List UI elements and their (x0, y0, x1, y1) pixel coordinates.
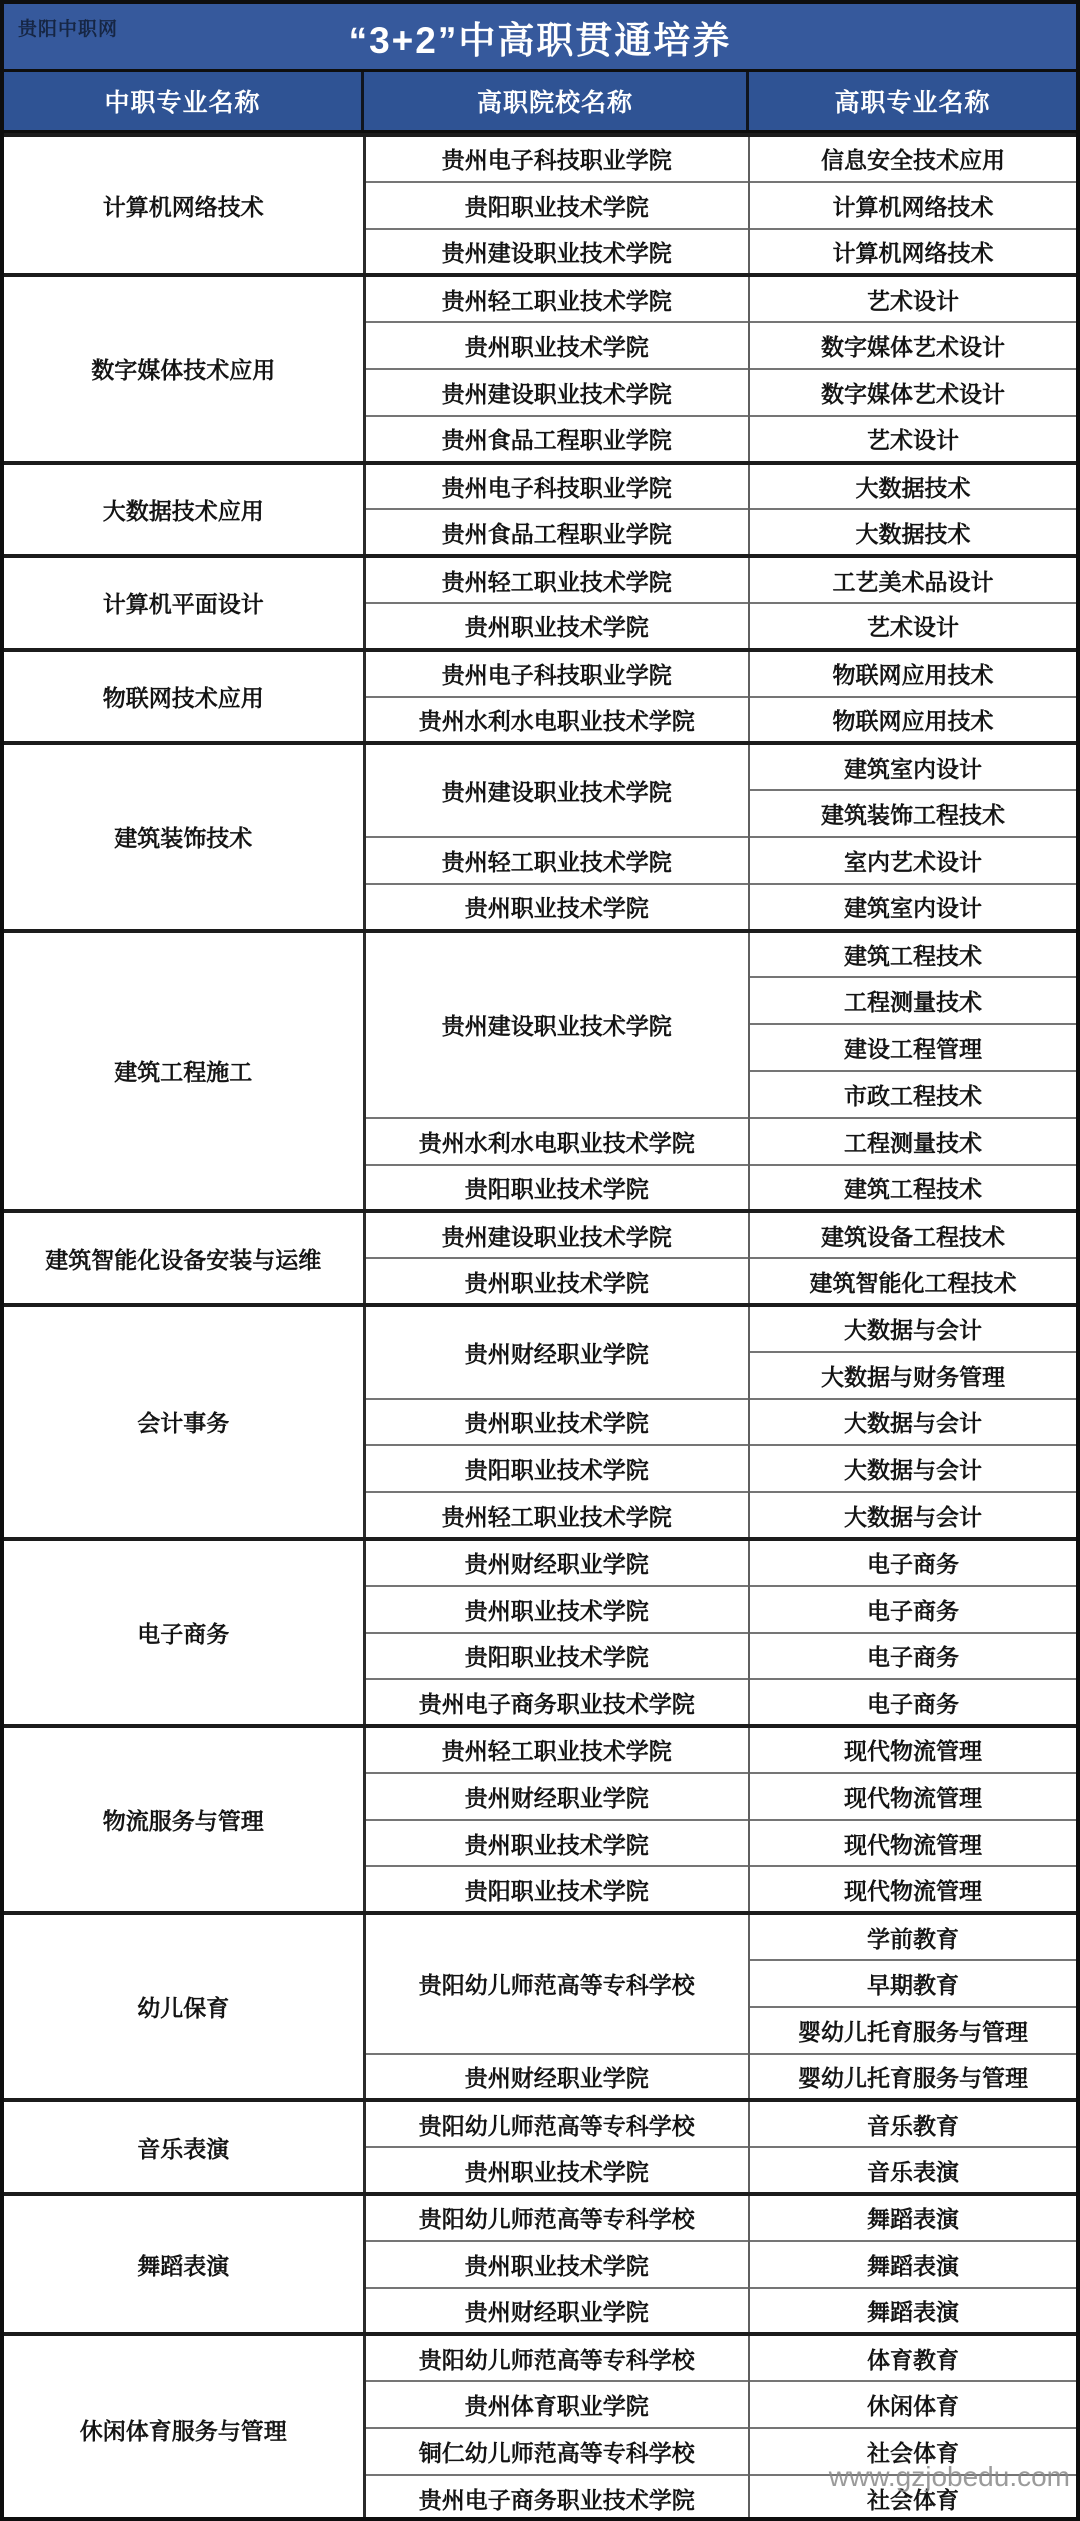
high-major-cell: 艺术设计 (749, 275, 1076, 322)
high-major-cell: 建筑室内设计 (749, 743, 1076, 790)
high-major-cell: 婴幼儿托育服务与管理 (749, 2054, 1076, 2101)
high-major-cell: 建筑室内设计 (749, 884, 1076, 931)
high-major-cell: 建筑工程技术 (749, 1165, 1076, 1212)
column-header-college: 高职院校名称 (364, 72, 749, 130)
high-major-cell: 音乐表演 (749, 2147, 1076, 2194)
table-row: 休闲体育服务与管理贵阳幼儿师范高等专科学校体育教育 (4, 2334, 1076, 2381)
college-cell: 贵州建设职业技术学院 (364, 931, 749, 1118)
high-major-cell: 建筑装饰工程技术 (749, 790, 1076, 837)
college-cell: 贵州轻工职业技术学院 (364, 556, 749, 603)
high-major-cell: 大数据技术 (749, 509, 1076, 556)
college-cell: 贵州轻工职业技术学院 (364, 1492, 749, 1539)
mid-major-cell: 舞蹈表演 (4, 2194, 364, 2334)
table-row: 物流服务与管理贵州轻工职业技术学院现代物流管理 (4, 1726, 1076, 1773)
high-major-cell: 婴幼儿托育服务与管理 (749, 2007, 1076, 2054)
high-major-cell: 现代物流管理 (749, 1820, 1076, 1867)
table-header-row: 中职专业名称 高职院校名称 高职专业名称 (4, 72, 1076, 133)
table-row: 建筑智能化设备安装与运维贵州建设职业技术学院建筑设备工程技术 (4, 1211, 1076, 1258)
college-cell: 铜仁幼儿师范高等专科学校 (364, 2428, 749, 2475)
high-major-cell: 信息安全技术应用 (749, 135, 1076, 182)
college-cell: 贵州建设职业技术学院 (364, 229, 749, 276)
high-major-cell: 数字媒体艺术设计 (749, 369, 1076, 416)
high-major-cell: 电子商务 (749, 1539, 1076, 1586)
high-major-cell: 工艺美术品设计 (749, 556, 1076, 603)
high-major-cell: 物联网应用技术 (749, 697, 1076, 744)
high-major-cell: 现代物流管理 (749, 1726, 1076, 1773)
college-cell: 贵州轻工职业技术学院 (364, 1726, 749, 1773)
college-cell: 贵州食品工程职业学院 (364, 509, 749, 556)
college-cell: 贵州职业技术学院 (364, 2241, 749, 2288)
table-row: 会计事务贵州财经职业学院大数据与会计 (4, 1305, 1076, 1352)
mid-major-cell: 音乐表演 (4, 2100, 364, 2194)
college-cell: 贵州职业技术学院 (364, 603, 749, 650)
column-header-mid-major: 中职专业名称 (4, 72, 364, 130)
mid-major-cell: 数字媒体技术应用 (4, 275, 364, 462)
college-cell: 贵州职业技术学院 (364, 1586, 749, 1633)
college-cell: 贵州职业技术学院 (364, 322, 749, 369)
table-row: 音乐表演贵阳幼儿师范高等专科学校音乐教育 (4, 2100, 1076, 2147)
high-major-cell: 大数据技术 (749, 463, 1076, 510)
table-row: 舞蹈表演贵阳幼儿师范高等专科学校舞蹈表演 (4, 2194, 1076, 2241)
college-cell: 贵州职业技术学院 (364, 884, 749, 931)
mid-major-cell: 建筑智能化设备安装与运维 (4, 1211, 364, 1305)
mid-major-cell: 物流服务与管理 (4, 1726, 364, 1913)
college-cell: 贵阳幼儿师范高等专科学校 (364, 2334, 749, 2381)
college-cell: 贵州建设职业技术学院 (364, 369, 749, 416)
high-major-cell: 市政工程技术 (749, 1071, 1076, 1118)
high-major-cell: 学前教育 (749, 1913, 1076, 1960)
college-cell: 贵阳职业技术学院 (364, 1165, 749, 1212)
table-row: 计算机网络技术贵州电子科技职业学院信息安全技术应用 (4, 135, 1076, 182)
high-major-cell: 物联网应用技术 (749, 650, 1076, 697)
high-major-cell: 大数据与会计 (749, 1492, 1076, 1539)
high-major-cell: 艺术设计 (749, 603, 1076, 650)
college-cell: 贵州财经职业学院 (364, 2288, 749, 2335)
college-cell: 贵阳职业技术学院 (364, 1445, 749, 1492)
table-row: 电子商务贵州财经职业学院电子商务 (4, 1539, 1076, 1586)
high-major-cell: 艺术设计 (749, 416, 1076, 463)
high-major-cell: 休闲体育 (749, 2381, 1076, 2428)
mid-major-cell: 幼儿保育 (4, 1913, 364, 2100)
mid-major-cell: 建筑工程施工 (4, 931, 364, 1212)
college-cell: 贵州轻工职业技术学院 (364, 275, 749, 322)
high-major-cell: 数字媒体艺术设计 (749, 322, 1076, 369)
college-cell: 贵州职业技术学院 (364, 1258, 749, 1305)
college-cell: 贵州职业技术学院 (364, 2147, 749, 2194)
high-major-cell: 舞蹈表演 (749, 2194, 1076, 2241)
college-cell: 贵阳幼儿师范高等专科学校 (364, 2100, 749, 2147)
college-cell: 贵州电子商务职业技术学院 (364, 1679, 749, 1726)
mid-major-cell: 物联网技术应用 (4, 650, 364, 744)
college-cell: 贵州职业技术学院 (364, 1399, 749, 1446)
table-row: 幼儿保育贵阳幼儿师范高等专科学校学前教育 (4, 1913, 1076, 1960)
table-row: 物联网技术应用贵州电子科技职业学院物联网应用技术 (4, 650, 1076, 697)
high-major-cell: 现代物流管理 (749, 1773, 1076, 1820)
site-watermark-bottom: www.gzjobedu.com (829, 2461, 1070, 2493)
mid-major-cell: 建筑装饰技术 (4, 743, 364, 930)
college-cell: 贵阳幼儿师范高等专科学校 (364, 2194, 749, 2241)
college-cell: 贵阳职业技术学院 (364, 182, 749, 229)
mid-major-cell: 休闲体育服务与管理 (4, 2334, 364, 2521)
high-major-cell: 计算机网络技术 (749, 229, 1076, 276)
college-cell: 贵阳职业技术学院 (364, 1633, 749, 1680)
college-cell: 贵州财经职业学院 (364, 1539, 749, 1586)
program-table: 计算机网络技术贵州电子科技职业学院信息安全技术应用贵阳职业技术学院计算机网络技术… (4, 133, 1076, 2521)
college-cell: 贵州电子科技职业学院 (364, 650, 749, 697)
high-major-cell: 建筑设备工程技术 (749, 1211, 1076, 1258)
column-header-high-major: 高职专业名称 (749, 72, 1076, 130)
college-cell: 贵州电子科技职业学院 (364, 135, 749, 182)
college-cell: 贵州财经职业学院 (364, 1773, 749, 1820)
high-major-cell: 大数据与财务管理 (749, 1352, 1076, 1399)
table-row: 建筑装饰技术贵州建设职业技术学院建筑室内设计 (4, 743, 1076, 790)
high-major-cell: 工程测量技术 (749, 1118, 1076, 1165)
program-table-sheet: 贵阳中职网 “3+2”中高职贯通培养 中职专业名称 高职院校名称 高职专业名称 … (0, 0, 1080, 2521)
high-major-cell: 舞蹈表演 (749, 2288, 1076, 2335)
high-major-cell: 建筑智能化工程技术 (749, 1258, 1076, 1305)
high-major-cell: 早期教育 (749, 1960, 1076, 2007)
program-table-body: 计算机网络技术贵州电子科技职业学院信息安全技术应用贵阳职业技术学院计算机网络技术… (4, 135, 1076, 2521)
high-major-cell: 音乐教育 (749, 2100, 1076, 2147)
college-cell: 贵州体育职业学院 (364, 2381, 749, 2428)
high-major-cell: 工程测量技术 (749, 977, 1076, 1024)
high-major-cell: 大数据与会计 (749, 1305, 1076, 1352)
college-cell: 贵州轻工职业技术学院 (364, 837, 749, 884)
mid-major-cell: 计算机网络技术 (4, 135, 364, 275)
title-band: 贵阳中职网 “3+2”中高职贯通培养 (4, 4, 1076, 72)
college-cell: 贵州财经职业学院 (364, 1305, 749, 1399)
college-cell: 贵州电子商务职业技术学院 (364, 2475, 749, 2521)
high-major-cell: 电子商务 (749, 1586, 1076, 1633)
table-row: 大数据技术应用贵州电子科技职业学院大数据技术 (4, 463, 1076, 510)
high-major-cell: 体育教育 (749, 2334, 1076, 2381)
college-cell: 贵州电子科技职业学院 (364, 463, 749, 510)
college-cell: 贵州财经职业学院 (364, 2054, 749, 2101)
college-cell: 贵州建设职业技术学院 (364, 743, 749, 837)
mid-major-cell: 电子商务 (4, 1539, 364, 1726)
college-cell: 贵州职业技术学院 (364, 1820, 749, 1867)
college-cell: 贵州水利水电职业技术学院 (364, 697, 749, 744)
high-major-cell: 电子商务 (749, 1633, 1076, 1680)
page-title: “3+2”中高职贯通培养 (349, 10, 732, 64)
high-major-cell: 电子商务 (749, 1679, 1076, 1726)
site-watermark-top: 贵阳中职网 (18, 14, 118, 41)
mid-major-cell: 大数据技术应用 (4, 463, 364, 557)
high-major-cell: 室内艺术设计 (749, 837, 1076, 884)
high-major-cell: 建设工程管理 (749, 1024, 1076, 1071)
mid-major-cell: 会计事务 (4, 1305, 364, 1539)
college-cell: 贵州建设职业技术学院 (364, 1211, 749, 1258)
high-major-cell: 舞蹈表演 (749, 2241, 1076, 2288)
table-row: 建筑工程施工贵州建设职业技术学院建筑工程技术 (4, 931, 1076, 978)
high-major-cell: 建筑工程技术 (749, 931, 1076, 978)
high-major-cell: 大数据与会计 (749, 1445, 1076, 1492)
college-cell: 贵州食品工程职业学院 (364, 416, 749, 463)
college-cell: 贵阳职业技术学院 (364, 1866, 749, 1913)
high-major-cell: 现代物流管理 (749, 1866, 1076, 1913)
high-major-cell: 计算机网络技术 (749, 182, 1076, 229)
table-row: 数字媒体技术应用贵州轻工职业技术学院艺术设计 (4, 275, 1076, 322)
college-cell: 贵州水利水电职业技术学院 (364, 1118, 749, 1165)
college-cell: 贵阳幼儿师范高等专科学校 (364, 1913, 749, 2053)
mid-major-cell: 计算机平面设计 (4, 556, 364, 650)
table-row: 计算机平面设计贵州轻工职业技术学院工艺美术品设计 (4, 556, 1076, 603)
high-major-cell: 大数据与会计 (749, 1399, 1076, 1446)
